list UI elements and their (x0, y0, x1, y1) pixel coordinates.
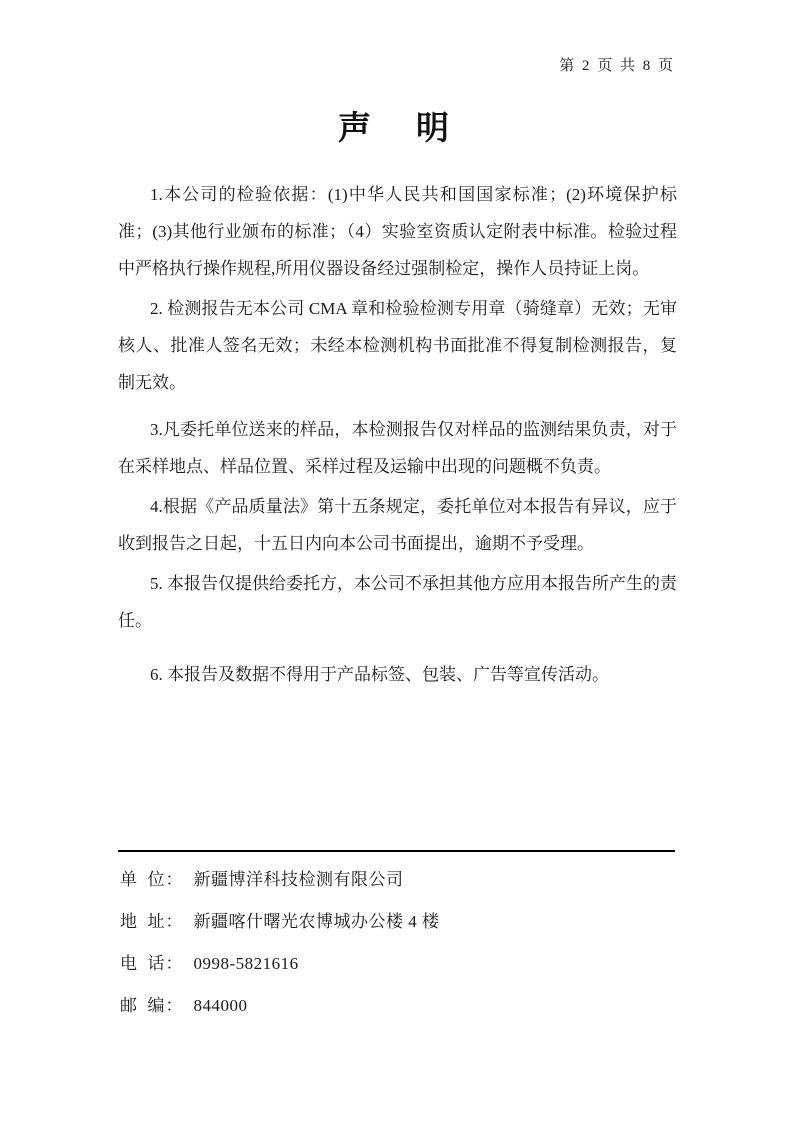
statement-body: 1.本公司的检验依据：(1)中华人民共和国国家标准；(2)环境保护标准；(3)其… (118, 176, 677, 696)
footer-contact-block: 单 位：新疆博洋科技检测有限公司 地 址：新疆喀什曙光农博城办公楼 4 楼 电 … (120, 868, 677, 1036)
footer-row-postcode: 邮 编：844000 (120, 994, 677, 1018)
address-value: 新疆喀什曙光农博城办公楼 4 楼 (194, 912, 440, 931)
footer-row-address: 地 址：新疆喀什曙光农博城办公楼 4 楼 (120, 910, 677, 934)
footer-divider (118, 850, 675, 852)
statement-paragraph-2: 2. 检测报告无本公司 CMA 章和检验检测专用章（骑缝章）无效；无审核人、批准… (118, 290, 677, 401)
statement-paragraph-6: 6. 本报告及数据不得用于产品标签、包装、广告等宣传活动。 (118, 656, 677, 693)
statement-paragraph-5: 5. 本报告仅提供给委托方，本公司不承担其他方应用本报告所产生的责任。 (118, 565, 677, 639)
postcode-label: 邮 编： (120, 996, 184, 1015)
page-title: 声 明 (0, 108, 793, 150)
footer-row-company: 单 位：新疆博洋科技检测有限公司 (120, 868, 677, 892)
address-label: 地 址： (120, 912, 184, 931)
report-statement-page: 第 2 页 共 8 页 声 明 1.本公司的检验依据：(1)中华人民共和国国家标… (0, 0, 793, 1122)
phone-label: 电 话： (120, 954, 184, 973)
statement-paragraph-3: 3.凡委托单位送来的样品，本检测报告仅对样品的监测结果负责，对于在采样地点、样品… (118, 411, 677, 485)
company-label: 单 位： (120, 870, 184, 889)
statement-paragraph-4: 4.根据《产品质量法》第十五条规定，委托单位对本报告有异议，应于收到报告之日起，… (118, 488, 677, 562)
statement-paragraph-1: 1.本公司的检验依据：(1)中华人民共和国国家标准；(2)环境保护标准；(3)其… (118, 176, 677, 287)
phone-value: 0998-5821616 (194, 954, 299, 973)
postcode-value: 844000 (194, 996, 248, 1015)
footer-row-phone: 电 话：0998-5821616 (120, 952, 677, 976)
page-number: 第 2 页 共 8 页 (559, 54, 675, 75)
company-value: 新疆博洋科技检测有限公司 (194, 870, 404, 889)
